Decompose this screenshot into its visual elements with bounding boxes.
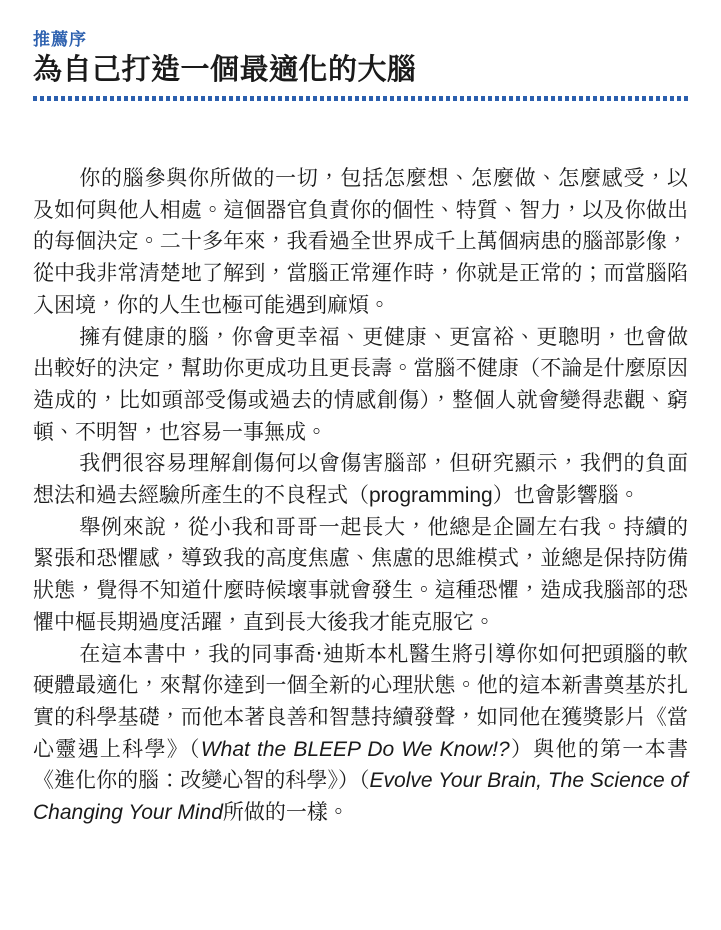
paragraph-4: 舉例來說，從小我和哥哥一起長大，他總是企圖左右我。持續的緊張和恐懼感，導致我的高…: [33, 512, 688, 639]
paragraph-5-text-end: 所做的一樣。: [223, 801, 349, 824]
paragraph-2-text: 擁有健康的腦，你會更幸福、更健康、更富裕、更聰明，也會做出較好的決定，幫助你更成…: [33, 326, 688, 444]
book-page: 推薦序 為自己打造一個最適化的大腦 你的腦參與你所做的一切，包括怎麼想、怎麼做、…: [0, 0, 721, 930]
dotted-divider: [33, 96, 688, 101]
body-text: 你的腦參與你所做的一切，包括怎麼想、怎麼做、怎麼感受，以及如何與他人相處。這個器…: [33, 163, 688, 829]
paragraph-4-text: 舉例來說，從小我和哥哥一起長大，他總是企圖左右我。持續的緊張和恐懼感，導致我的高…: [33, 516, 688, 634]
paragraph-2: 擁有健康的腦，你會更幸福、更健康、更富裕、更聰明，也會做出較好的決定，幫助你更成…: [33, 322, 688, 449]
paragraph-3: 我們很容易理解創傷何以會傷害腦部，但研究顯示，我們的負面想法和過去經驗所產生的不…: [33, 448, 688, 511]
paragraph-1: 你的腦參與你所做的一切，包括怎麼想、怎麼做、怎麼感受，以及如何與他人相處。這個器…: [33, 163, 688, 322]
paragraph-3-text: 我們很容易理解創傷何以會傷害腦部，但研究顯示，我們的負面想法和過去經驗所產生的不…: [33, 452, 688, 507]
chapter-title: 為自己打造一個最適化的大腦: [33, 54, 688, 87]
chapter-header: 推薦序 為自己打造一個最適化的大腦: [33, 30, 688, 101]
english-film-title: What the BLEEP Do We Know!?: [201, 738, 510, 761]
paragraph-1-text: 你的腦參與你所做的一切，包括怎麼想、怎麼做、怎麼感受，以及如何與他人相處。這個器…: [33, 167, 688, 317]
section-kicker: 推薦序: [33, 30, 688, 49]
paragraph-5: 在這本書中，我的同事喬‧迪斯本札醫生將引導你如何把頭腦的軟硬體最適化，來幫你達到…: [33, 639, 688, 829]
